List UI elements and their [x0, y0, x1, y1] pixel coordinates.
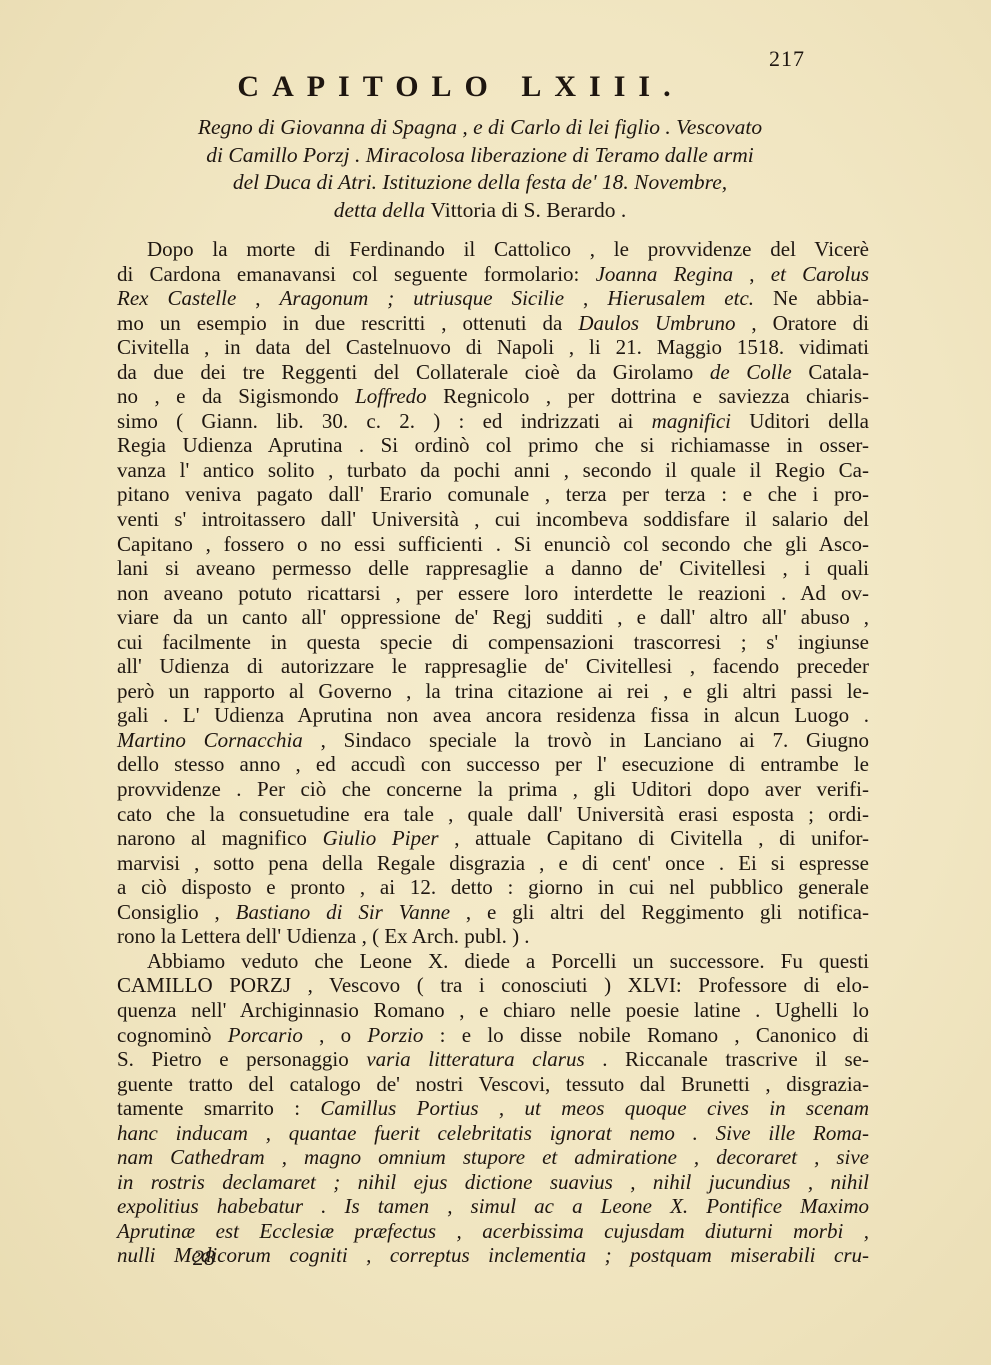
italic-span: Bastiano di Sir Vanne: [236, 900, 450, 924]
italic-span: magnifici: [652, 409, 731, 433]
text-line: a ciò disposto e pronto , ai 12. detto :…: [117, 875, 869, 900]
text-line: expolitius habebatur . Is tamen , simul …: [117, 1194, 869, 1219]
text-line: tamente smarrito : Camillus Portius , ut…: [117, 1096, 869, 1121]
text-line: nulli Medicorum cogniti , correptus incl…: [117, 1243, 869, 1268]
chapter-title-text: CAPITOLO LXIII.: [237, 70, 683, 104]
text-span: gali . L' Udienza Aprutina non avea anco…: [117, 703, 869, 727]
italic-span: Loffredo: [355, 384, 427, 408]
text-line: Consiglio , Bastiano di Sir Vanne , e gl…: [117, 900, 869, 925]
text-span: provvidenze . Per ciò che concerne la pr…: [117, 777, 869, 801]
text-line: guente tratto del catalogo de' nostri Ve…: [117, 1072, 869, 1097]
text-span: guente tratto del catalogo de' nostri Ve…: [117, 1072, 869, 1096]
text-span: dello stesso anno , ed accudì con succes…: [117, 752, 869, 776]
italic-span: Joanna Regina: [596, 262, 734, 286]
text-span: cui facilmente in questa specie di compe…: [117, 630, 869, 654]
text-span: Capitano , fossero o no essi sufficienti…: [117, 532, 869, 556]
text-line: Civitella , in data del Castelnuovo di N…: [117, 335, 869, 360]
italic-span: Camillus Portius , ut meos quoque cives …: [320, 1096, 869, 1120]
text-span: Regia Udienza Aprutina . Si ordinò col p…: [117, 433, 869, 457]
italic-span: Giulio Piper: [323, 826, 439, 850]
text-line: di Cardona emanavansi col seguente formo…: [117, 262, 869, 287]
italic-span: Aragonum ; utriusque Sicilie: [280, 286, 564, 310]
text-span: , Oratore di: [735, 311, 869, 335]
text-span: simo ( Giann. lib. 30. c. 2. ) : ed indr…: [117, 409, 652, 433]
text-span: pitano veniva pagato dall' Erario comuna…: [117, 482, 869, 506]
text-line: hanc inducam , quantae fuerit celebritat…: [117, 1121, 869, 1146]
text-line: quenza nell' Archiginnasio Romano , e ch…: [117, 998, 869, 1023]
text-line: mo un esempio in due rescritti , ottenut…: [117, 311, 869, 336]
text-span: viare da un canto all' oppressione de' R…: [117, 605, 869, 629]
text-span: all' Udienza di autorizzare le rappresag…: [117, 654, 869, 678]
text-line: Martino Cornacchia , Sindaco speciale la…: [117, 728, 869, 753]
summary-roman: Vittoria di S. Berardo .: [430, 198, 626, 222]
text-span: . Riccanale trascrive il se-: [585, 1047, 869, 1071]
text-span: mo un esempio in due rescritti , ottenut…: [117, 311, 578, 335]
text-line: Capitano , fossero o no essi sufficienti…: [117, 532, 869, 557]
text-span: cato che la consuetudine era tale , qual…: [117, 802, 869, 826]
text-line: non aveano potuto ricattarsi , per esser…: [117, 581, 869, 606]
text-line: pitano veniva pagato dall' Erario comuna…: [117, 482, 869, 507]
text-span: , e gli altri del Reggimento gli notific…: [450, 900, 869, 924]
text-span: Dopo la morte di Ferdinando il Cattolico…: [147, 237, 869, 261]
text-line: viare da un canto all' oppressione de' R…: [117, 605, 869, 630]
page-number: 217: [769, 46, 805, 72]
text-span: lani si aveano permesso delle rappresagl…: [117, 556, 869, 580]
text-line: cato che la consuetudine era tale , qual…: [117, 802, 869, 827]
text-line: nam Cathedram , magno omnium stupore et …: [117, 1145, 869, 1170]
italic-span: Porzio: [367, 1023, 423, 1047]
text-line: provvidenze . Per ciò che concerne la pr…: [117, 777, 869, 802]
text-span: ,: [564, 286, 607, 310]
text-line: CAMILLO PORZJ , Vescovo ( tra i conosciu…: [117, 973, 869, 998]
text-line: in rostris declamaret ; nihil ejus dicti…: [117, 1170, 869, 1195]
text-line: no , e da Sigismondo Loffredo Regnicolo …: [117, 384, 869, 409]
text-line: cui facilmente in questa specie di compe…: [117, 630, 869, 655]
summary-italic: detta della: [334, 198, 425, 222]
text-span: , o: [303, 1023, 368, 1047]
text-span: narono al magnifico: [117, 826, 323, 850]
text-span: Civitella , in data del Castelnuovo di N…: [117, 335, 869, 359]
italic-span: Martino Cornacchia: [117, 728, 303, 752]
text-line: marvisi , sotto pena della Regale disgra…: [117, 851, 869, 876]
text-line: all' Udienza di autorizzare le rappresag…: [117, 654, 869, 679]
text-span: rono la Lettera dell' Udienza , ( Ex Arc…: [117, 924, 530, 948]
text-span: Regnicolo , per dottrina e saviezza chia…: [427, 384, 869, 408]
text-span: vanza l' antico solito , turbato da poch…: [117, 458, 869, 482]
text-line: Regia Udienza Aprutina . Si ordinò col p…: [117, 433, 869, 458]
italic-span: nulli Medicorum cogniti , correptus incl…: [117, 1243, 869, 1267]
text-span: : e lo disse nobile Romano , Canonico di: [423, 1023, 869, 1047]
text-line: lani si aveano permesso delle rappresagl…: [117, 556, 869, 581]
body-text: Dopo la morte di Ferdinando il Cattolico…: [117, 237, 869, 1268]
italic-span: et Carolus: [771, 262, 869, 286]
text-line: Abbiamo veduto che Leone X. diede a Porc…: [117, 949, 869, 974]
text-span: ,: [236, 286, 279, 310]
text-line: vanza l' antico solito , turbato da poch…: [117, 458, 869, 483]
text-line: S. Pietro e personaggio varia litteratur…: [117, 1047, 869, 1072]
text-line: narono al magnifico Giulio Piper , attua…: [117, 826, 869, 851]
signature-mark: 28: [193, 1245, 215, 1271]
text-span: Ne abbia-: [754, 286, 869, 310]
summary-line: di Camillo Porzj . Miracolosa liberazion…: [115, 142, 845, 170]
summary-line: Regno di Giovanna di Spagna , e di Carlo…: [115, 114, 845, 142]
text-span: quenza nell' Archiginnasio Romano , e ch…: [117, 998, 869, 1022]
text-span: da due dei tre Reggenti del Collaterale …: [117, 360, 710, 384]
text-span: ,: [733, 262, 771, 286]
text-line: da due dei tre Reggenti del Collaterale …: [117, 360, 869, 385]
text-line: Dopo la morte di Ferdinando il Cattolico…: [117, 237, 869, 262]
text-line: gali . L' Udienza Aprutina non avea anco…: [117, 703, 869, 728]
text-line: Aprutinæ est Ecclesiæ præfectus , acerbi…: [117, 1219, 869, 1244]
italic-span: Hierusalem etc.: [607, 286, 754, 310]
italic-span: Aprutinæ est Ecclesiæ præfectus , acerbi…: [117, 1219, 869, 1243]
text-span: di Cardona emanavansi col seguente formo…: [117, 262, 596, 286]
text-span: CAMILLO PORZJ , Vescovo ( tra i conosciu…: [117, 973, 869, 997]
chapter-summary: Regno di Giovanna di Spagna , e di Carlo…: [115, 114, 845, 224]
italic-span: Porcario: [228, 1023, 303, 1047]
text-span: cognominò: [117, 1023, 228, 1047]
summary-line: del Duca di Atri. Istituzione della fest…: [115, 169, 845, 197]
text-span: no , e da Sigismondo: [117, 384, 355, 408]
italic-span: Daulos Umbruno: [578, 311, 735, 335]
text-span: però un rapporto al Governo , la trina c…: [117, 679, 869, 703]
text-span: a ciò disposto e pronto , ai 12. detto :…: [117, 875, 869, 899]
text-span: marvisi , sotto pena della Regale disgra…: [117, 851, 869, 875]
text-span: , attuale Capitano di Civitella , di uni…: [439, 826, 869, 850]
italic-span: de Colle: [710, 360, 792, 384]
text-line: però un rapporto al Governo , la trina c…: [117, 679, 869, 704]
text-span: , Sindaco speciale la trovò in Lanciano …: [303, 728, 869, 752]
chapter-title: CAPITOLO LXIII.: [0, 70, 991, 104]
text-span: Consiglio ,: [117, 900, 236, 924]
text-span: S. Pietro e personaggio: [117, 1047, 366, 1071]
text-line: simo ( Giann. lib. 30. c. 2. ) : ed indr…: [117, 409, 869, 434]
italic-span: varia litteratura clarus: [366, 1047, 584, 1071]
text-span: Uditori della: [731, 409, 869, 433]
text-line: dello stesso anno , ed accudì con succes…: [117, 752, 869, 777]
text-line: venti s' introitassero dall' Università …: [117, 507, 869, 532]
italic-span: Rex Castelle: [117, 286, 236, 310]
text-span: venti s' introitassero dall' Università …: [117, 507, 869, 531]
italic-span: hanc inducam , quantae fuerit celebritat…: [117, 1121, 869, 1145]
text-span: non aveano potuto ricattarsi , per esser…: [117, 581, 869, 605]
text-line: cognominò Porcario , o Porzio : e lo dis…: [117, 1023, 869, 1048]
text-line: rono la Lettera dell' Udienza , ( Ex Arc…: [117, 924, 869, 949]
summary-line: detta della Vittoria di S. Berardo .: [115, 197, 845, 225]
italic-span: nam Cathedram , magno omnium stupore et …: [117, 1145, 869, 1169]
text-line: Rex Castelle , Aragonum ; utriusque Sici…: [117, 286, 869, 311]
text-span: Abbiamo veduto che Leone X. diede a Porc…: [147, 949, 869, 973]
text-span: Catala-: [792, 360, 869, 384]
text-span: tamente smarrito :: [117, 1096, 320, 1120]
italic-span: in rostris declamaret ; nihil ejus dicti…: [117, 1170, 869, 1194]
italic-span: expolitius habebatur . Is tamen , simul …: [117, 1194, 869, 1218]
